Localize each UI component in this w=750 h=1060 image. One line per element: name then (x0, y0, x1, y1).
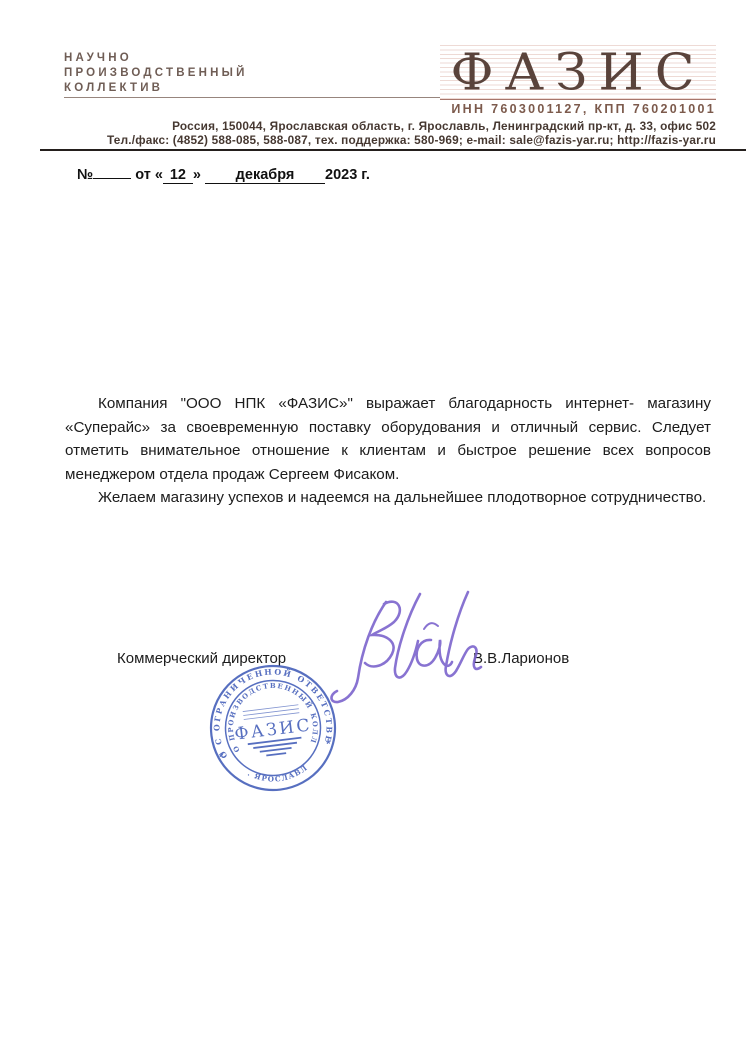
quote-close: » (193, 167, 201, 183)
handwritten-signature (328, 588, 488, 712)
header-rule (40, 149, 746, 151)
contacts-line: Тел./факс: (4852) 588-085, 588-087, тех.… (107, 133, 716, 147)
company-logo-text: ФАЗИС (450, 46, 705, 100)
inn-kpp-line: ИНН 7603001127, КПП 760201001 (451, 102, 716, 116)
org-type-label: НАУЧНО ПРОИЗВОДСТВЕННЫЙ КОЛЛЕКТИВ (64, 51, 248, 96)
letter-paragraph-1: Компания "ООО НПК «ФАЗИС»" выражает благ… (65, 392, 711, 486)
doc-number-blank (93, 178, 131, 179)
company-stamp: ОБЩЕСТВО С ОГРАНИЧЕННОЙ ОТВЕТСТВЕННОСТЬЮ… (198, 653, 348, 803)
doc-number-label: № (77, 167, 93, 183)
date-day-value: 12 (163, 167, 193, 184)
reference-line: № от «12» декабря2023 г. (77, 167, 370, 184)
company-logo: ФАЗИС (440, 45, 716, 100)
address-line: Россия, 150044, Ярославская область, г. … (172, 119, 716, 133)
letter-paragraph-2: Желаем магазину успехов и надеемся на да… (65, 486, 711, 510)
document-page: НАУЧНО ПРОИЗВОДСТВЕННЫЙ КОЛЛЕКТИВ ФАЗИС … (0, 0, 750, 1060)
letter-body: Компания "ООО НПК «ФАЗИС»" выражает благ… (65, 392, 711, 510)
date-year-value: 2023 г. (325, 167, 370, 183)
header-underline (64, 97, 440, 98)
date-month-value: декабря (205, 167, 325, 184)
date-from-label: от « (135, 167, 163, 183)
